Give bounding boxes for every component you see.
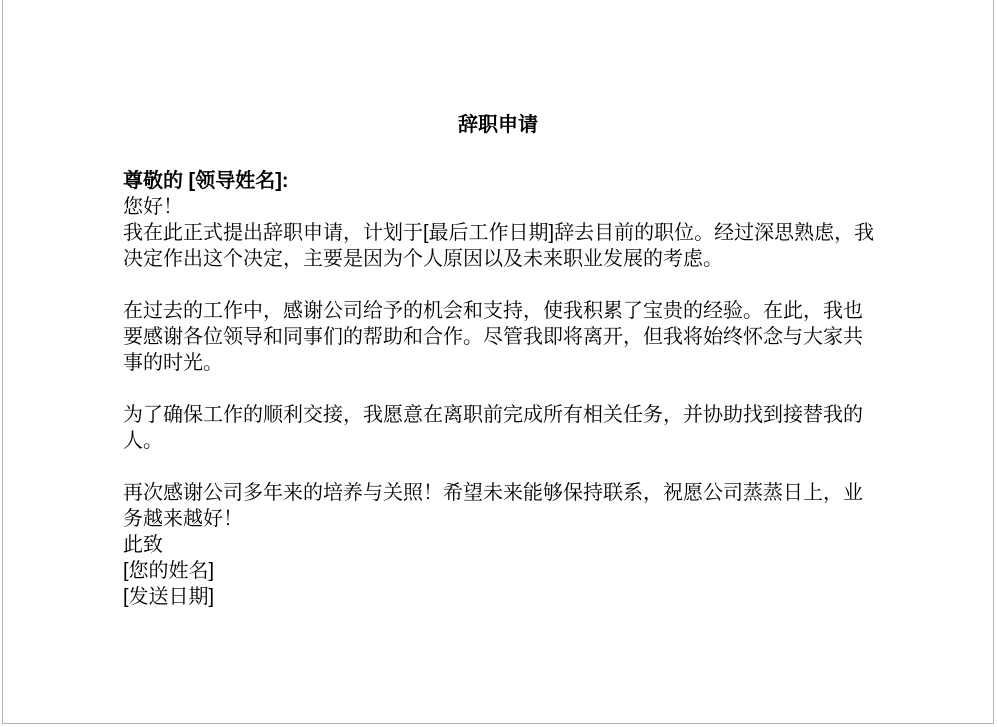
- closing-line: 此致: [123, 532, 881, 558]
- greeting-line: 您好！: [123, 194, 881, 220]
- date-placeholder: [发送日期]: [123, 584, 881, 610]
- salutation-line: 尊敬的 [领导姓名]:: [123, 168, 881, 194]
- paragraph-resignation-intent: 我在此正式提出辞职申请，计划于[最后工作日期]辞去目前的职位。经过深思熟虑，我决…: [123, 220, 881, 272]
- signature-placeholder: [您的姓名]: [123, 558, 881, 584]
- paragraph-handover: 为了确保工作的顺利交接，我愿意在离职前完成所有相关任务，并协助找到接替我的人。: [123, 402, 881, 454]
- paragraph-gratitude: 在过去的工作中，感谢公司给予的机会和支持，使我积累了宝贵的经验。在此，我也要感谢…: [123, 298, 881, 376]
- paragraph-well-wishes: 再次感谢公司多年来的培养与关照！希望未来能够保持联系，祝愿公司蒸蒸日上，业务越来…: [123, 480, 881, 532]
- document-title: 辞职申请: [3, 0, 993, 138]
- letter-body: 尊敬的 [领导姓名]: 您好！ 我在此正式提出辞职申请，计划于[最后工作日期]辞…: [123, 168, 881, 610]
- document-page: 辞职申请 尊敬的 [领导姓名]: 您好！ 我在此正式提出辞职申请，计划于[最后工…: [2, 0, 994, 724]
